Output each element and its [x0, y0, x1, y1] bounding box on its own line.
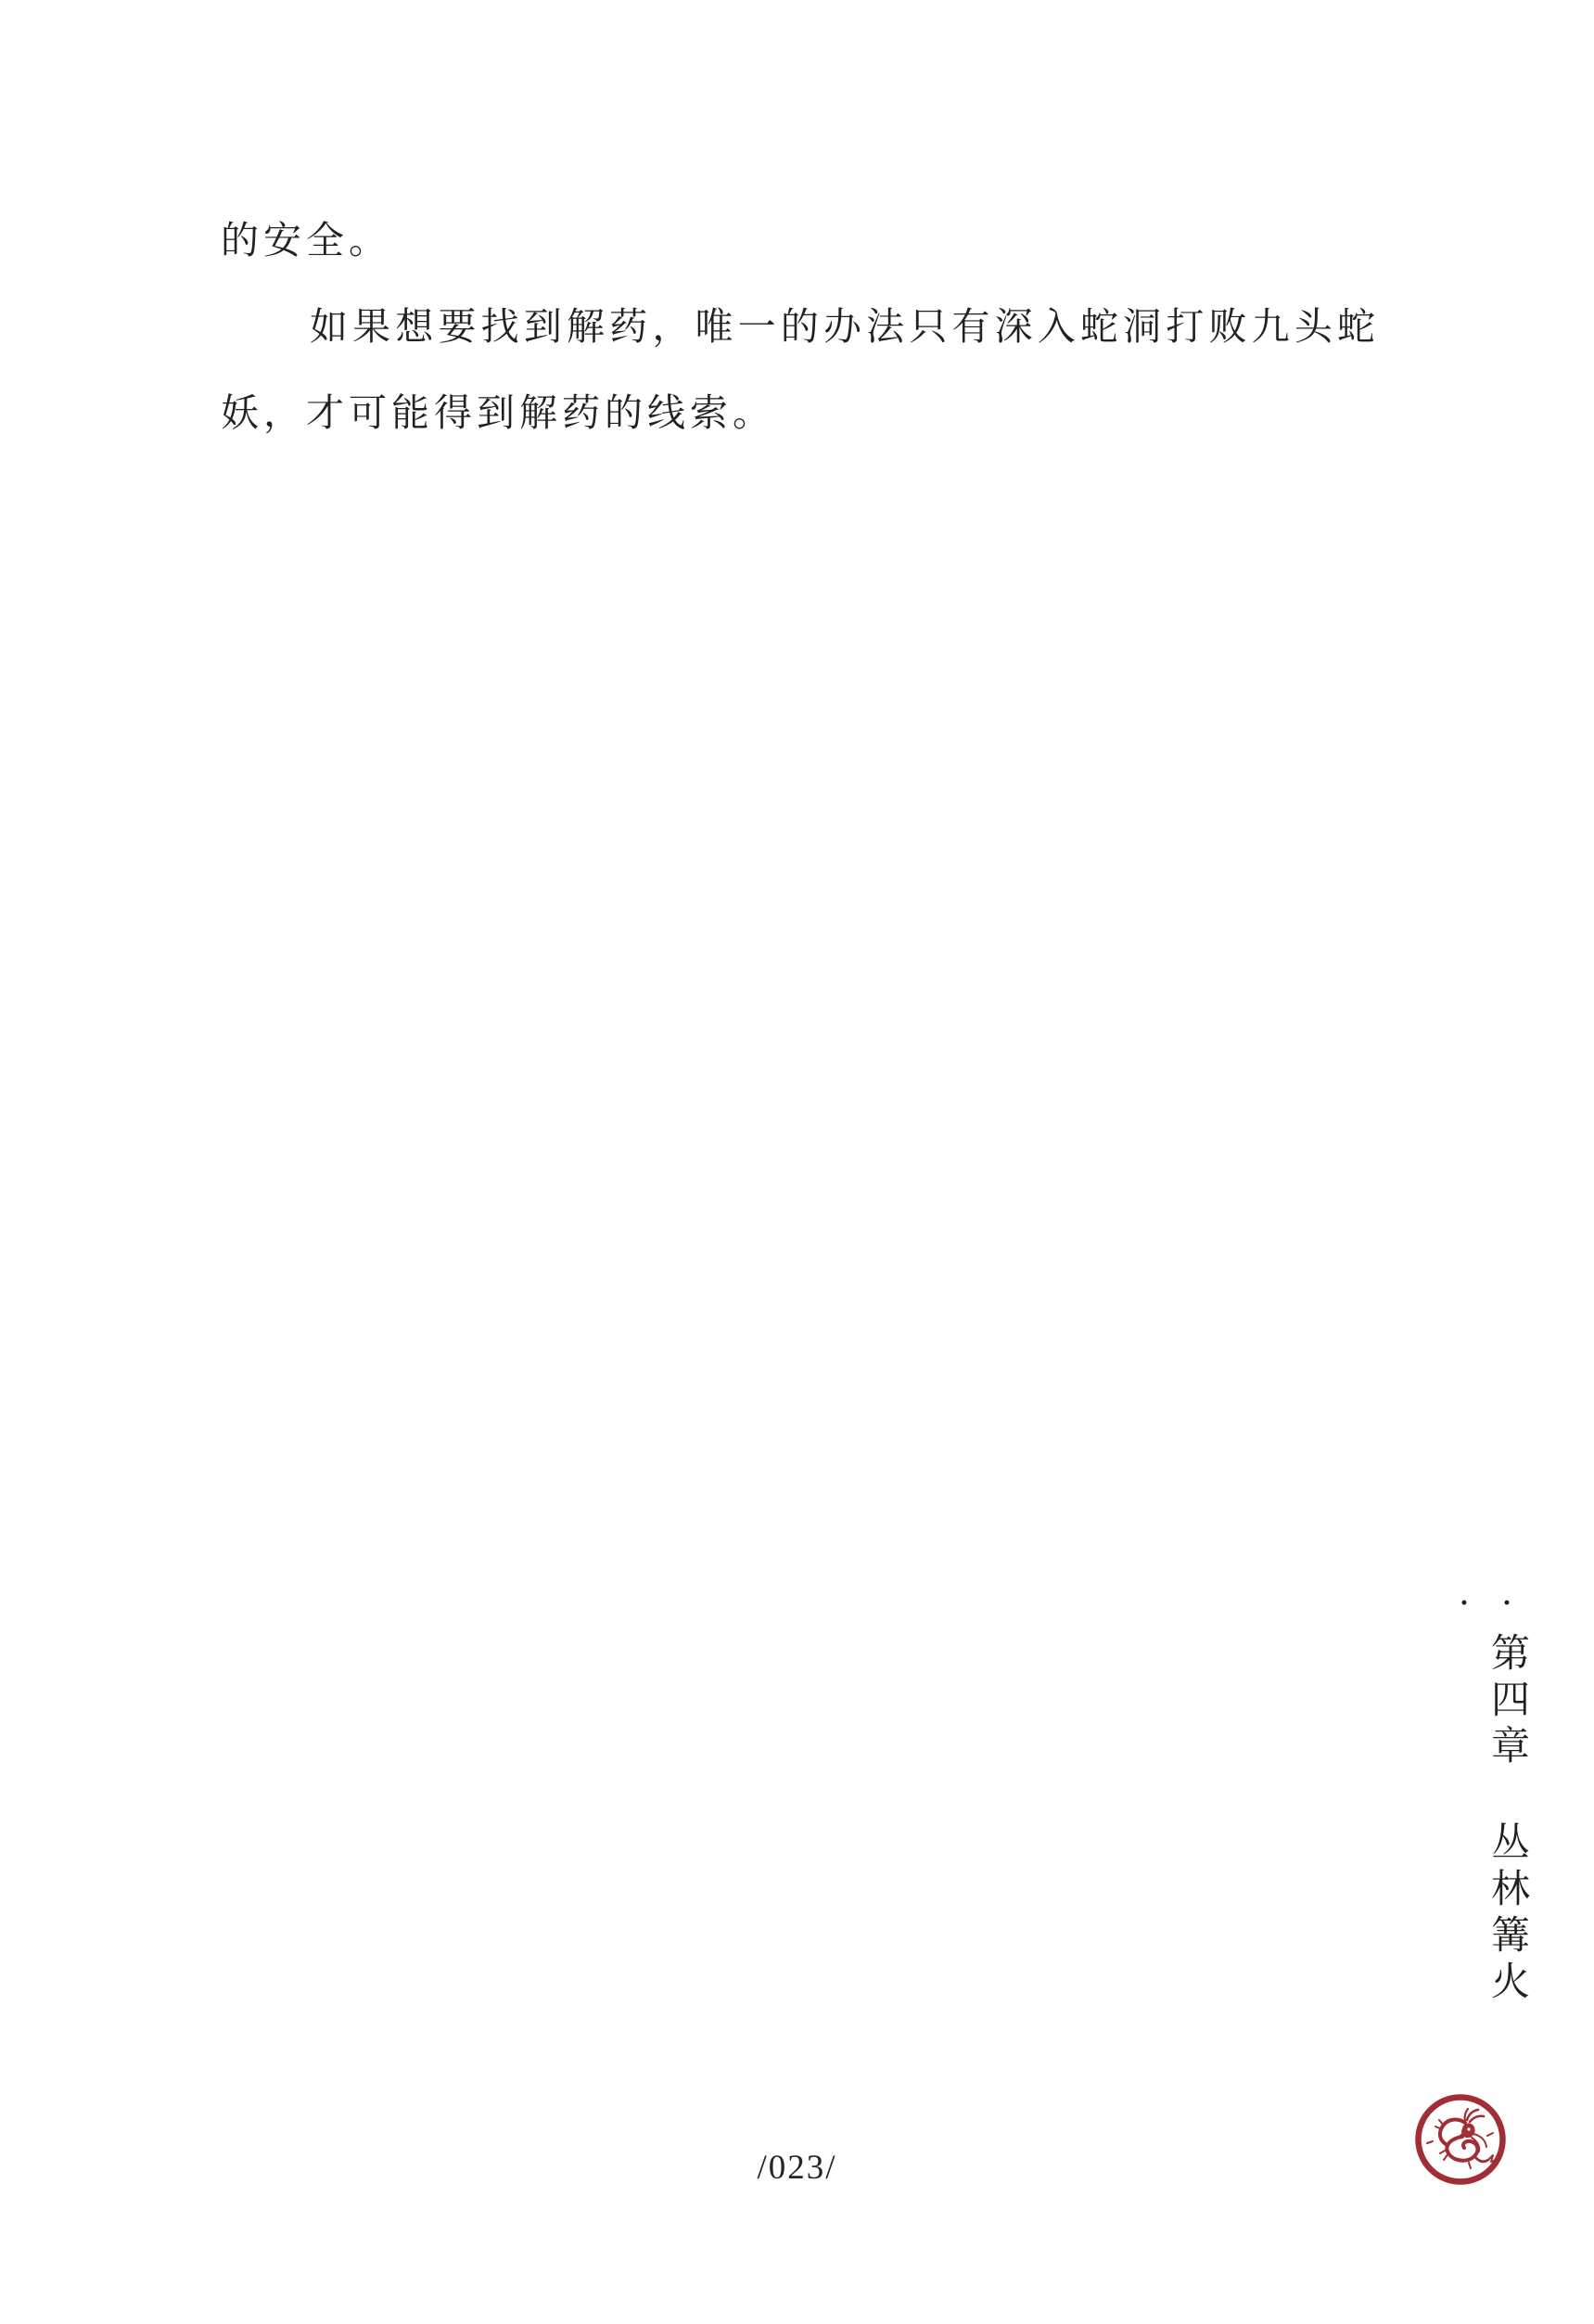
page-number: /023/ — [0, 2150, 1594, 2187]
paragraph-continuation: 的安全。 — [221, 198, 1380, 284]
chapter-marker: ·第四章 丛林篝火· — [1443, 1582, 1528, 2027]
paragraph: 如果想要找到解药，唯一的办法只有深入蛇洞打败九头蛇妖，才可能得到解药的线索。 — [221, 284, 1380, 456]
book-page: 的安全。 如果想要找到解药，唯一的办法只有深入蛇洞打败九头蛇妖，才可能得到解药的… — [0, 0, 1594, 2324]
body-text: 的安全。 如果想要找到解药，唯一的办法只有深入蛇洞打败九头蛇妖，才可能得到解药的… — [221, 198, 1380, 456]
